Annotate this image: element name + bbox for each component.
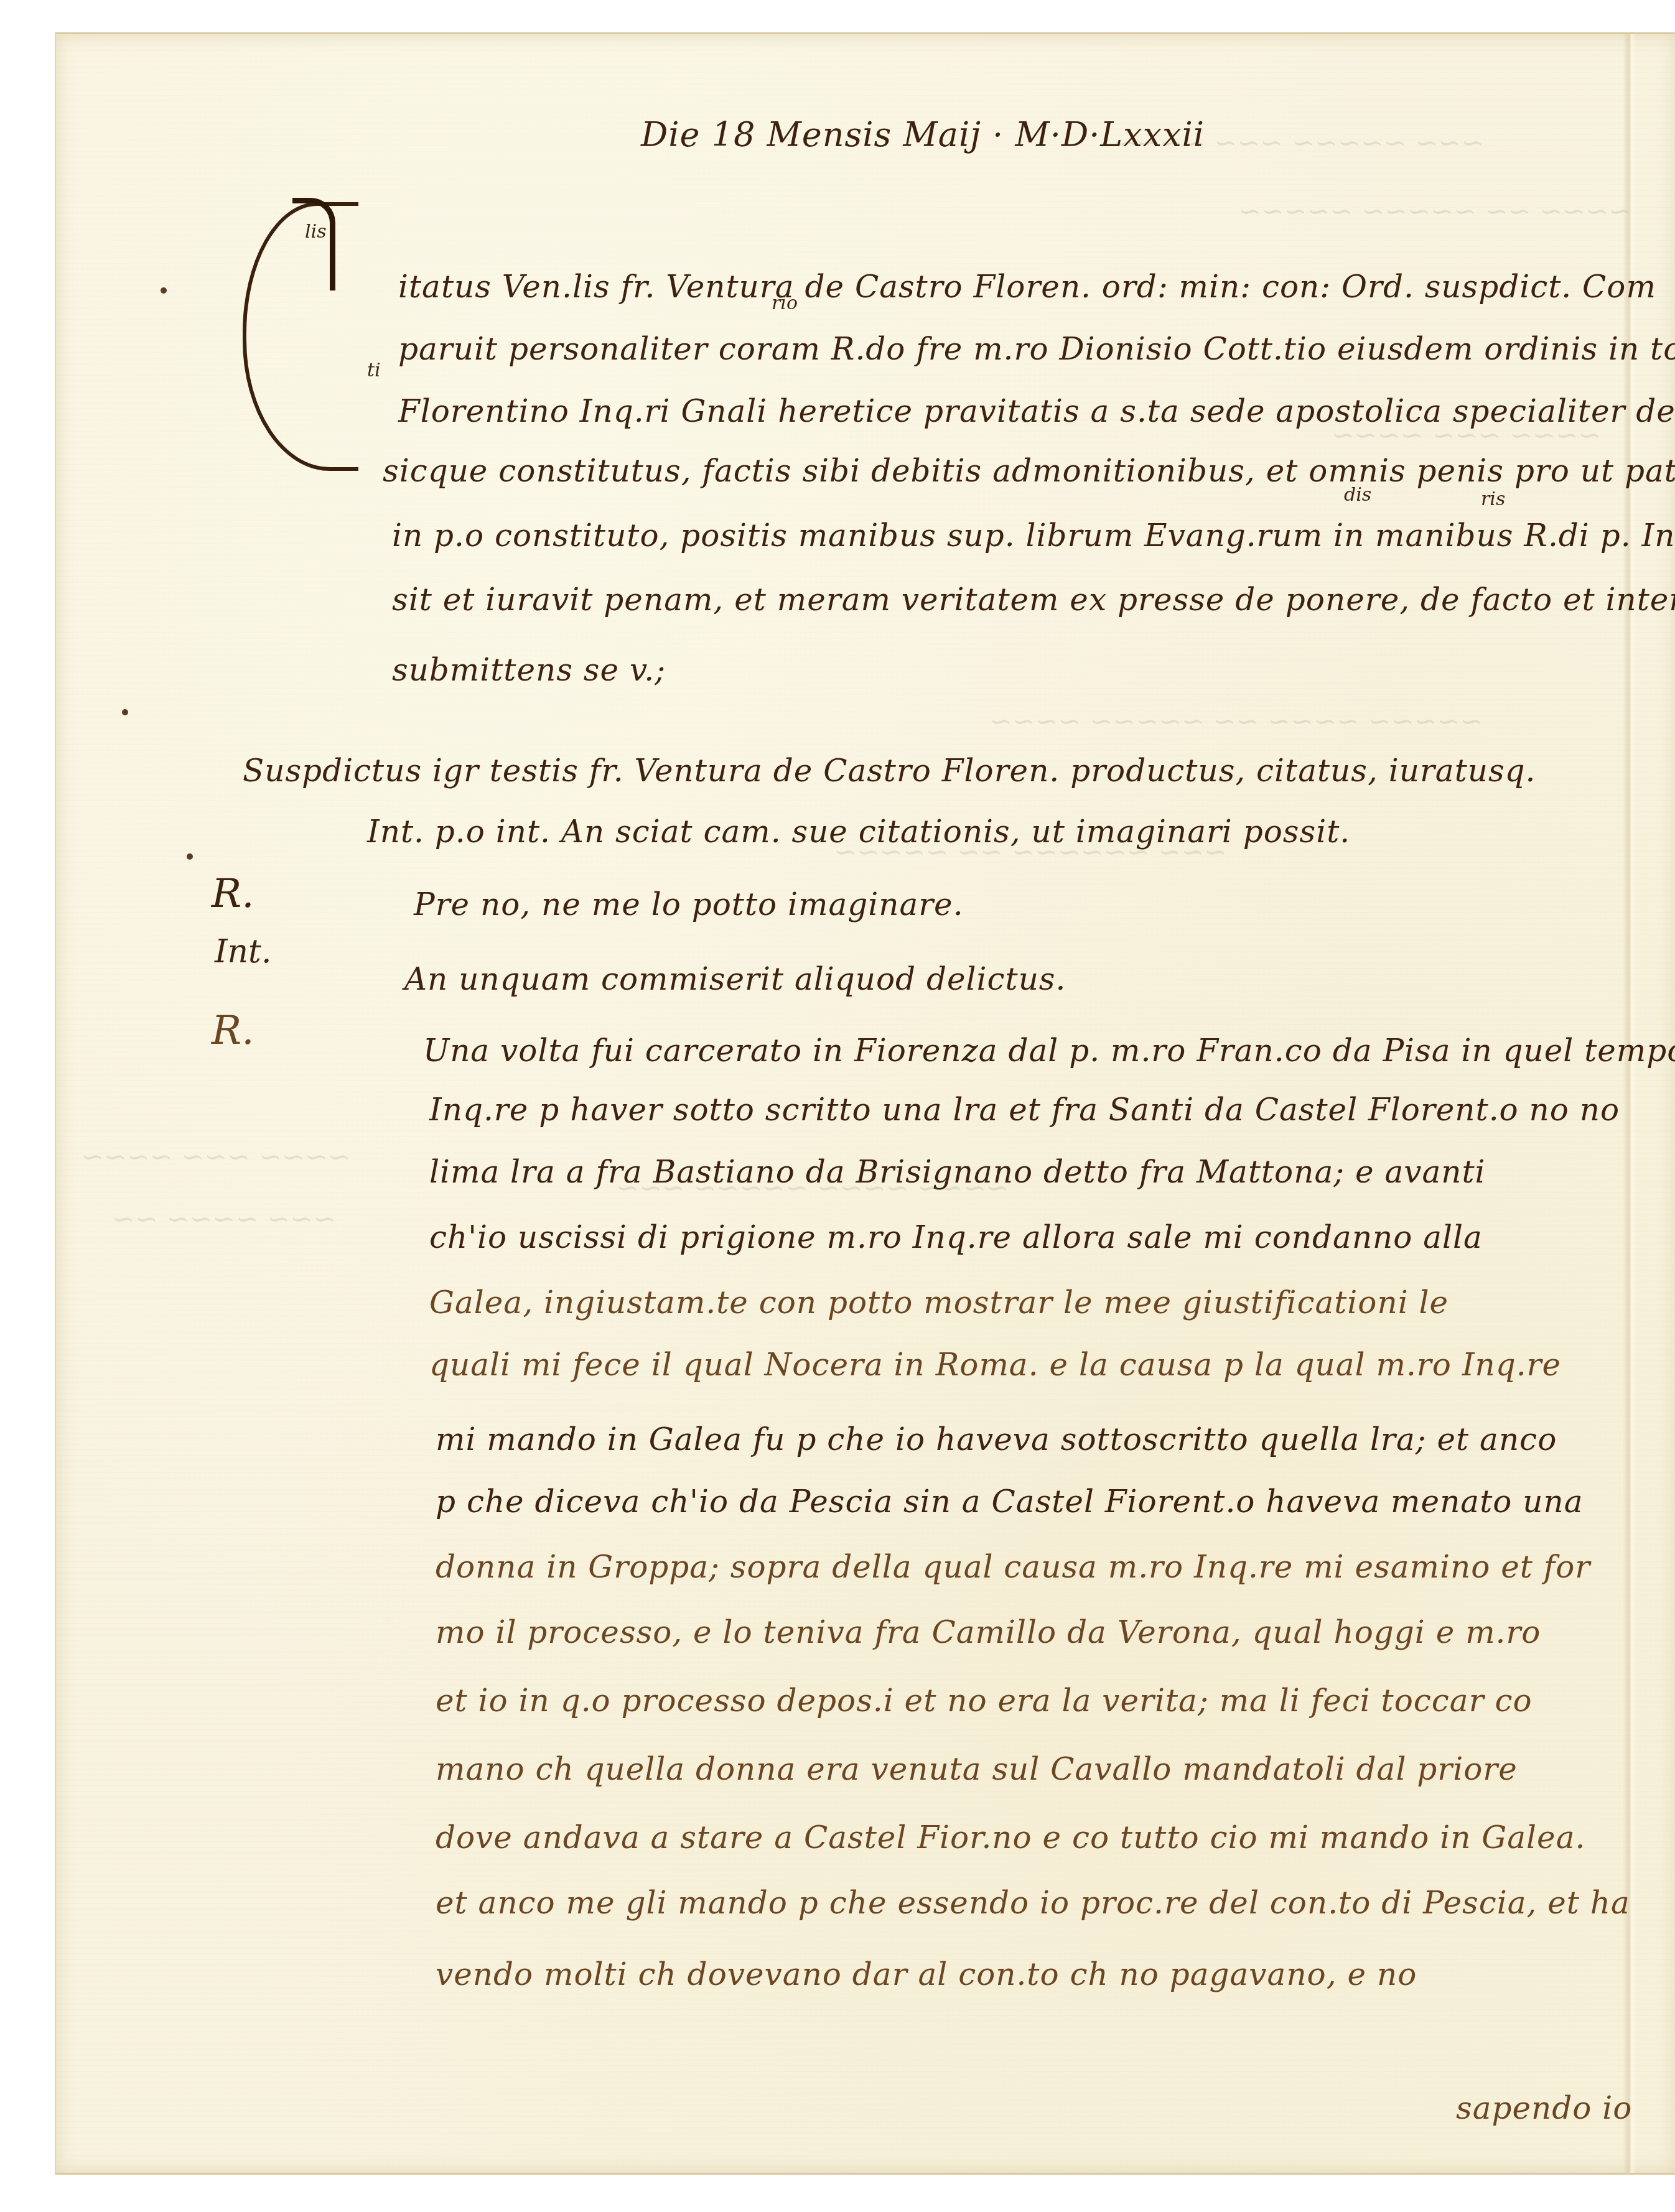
response-line: p che diceva ch'io da Pescia sin a Caste… [436,1484,1583,1520]
response-line: mi mando in Galea fu p che io haveva sot… [436,1421,1557,1457]
document-date-heading: Die 18 Mensis Maij · M·D·Lxxxii [641,115,1205,154]
bleed-through-text: ~~~~ ~~~ ~~~~ [81,1141,351,1173]
response-line: mano ch quella donna era venuta sul Cava… [436,1751,1518,1787]
superscript-abbrev: rio [772,292,798,314]
catchword: sapendo io [1456,2090,1632,2126]
paragraph-line: paruit personaliter coram R.do fre m.ro … [398,331,1675,367]
superscript-abbrev: ris [1481,488,1505,510]
response-line: ch'io uscissi di prigione m.ro Inq.re al… [429,1219,1483,1255]
response-line: mo il processo, e lo teniva fra Camillo … [436,1614,1541,1650]
response-line: Galea, ingiustam.te con potto mostrar le… [429,1285,1449,1321]
response-line: lima lra a fra Bastiano da Brisignano de… [429,1154,1486,1190]
superscript-abbrev: ti [367,360,381,381]
testimony-intro-line: Suspdictus igr testis fr. Ventura de Cas… [243,753,1536,789]
response-line: dove andava a stare a Castel Fior.no e c… [436,1819,1585,1856]
superscript-abbrev: lis [305,221,327,243]
response-line: et anco me gli mando p che essendo io pr… [436,1885,1630,1921]
bleed-through-text: ~~~ ~~~~ ~~ [112,1204,336,1235]
response-line: quali mi fece il qual Nocera in Roma. e … [429,1347,1561,1383]
response-line: Inq.re p haver sotto scritto una lra et … [429,1092,1620,1128]
response-line: Una volta fui carcerato in Fiorenza dal … [423,1033,1675,1069]
interrogation-line: An unquam commiserit aliquod delictus. [404,961,1066,997]
margin-dot [161,287,167,294]
response-line: donna in Groppa; sopra della qual causa … [436,1549,1590,1585]
bleed-through-text: ~~~~~ ~~~~ ~~ ~~~~~ ~~~~ [989,706,1483,738]
decorative-initial-hook [292,198,335,290]
paragraph-line: itatus Ven.lis fr. Ventura de Castro Flo… [398,269,1656,305]
bleed-through-text: ~~~~ ~~ ~~~~~ ~~~~~ [1238,196,1631,228]
interrogation-line: Int. p.o int. An sciat cam. sue citation… [367,814,1350,850]
margin-dot [122,709,128,715]
margin-marker-response: R. [212,1008,254,1054]
margin-dot [187,853,193,860]
paragraph-line: in p.o constituto, positis manibus sup. … [392,518,1675,554]
paragraph-line: submittens se v.; [392,652,666,688]
superscript-abbrev: dis [1344,484,1371,506]
paragraph-line: Florentino Inq.ri Gnali heretice pravita… [398,393,1675,429]
paragraph-line: sit et iuravit penam, et meram veritatem… [392,582,1675,618]
response-line: vendo molti ch dovevano dar al con.to ch… [436,1956,1417,1992]
margin-marker-interrogation: Int. [215,933,271,970]
paragraph-line: sicque constitutus, factis sibi debitis … [383,453,1675,489]
response-line: et io in q.o processo depos.i et no era … [436,1683,1533,1719]
response-line: Pre no, ne me lo potto imaginare. [414,886,964,922]
margin-marker-response: R. [212,871,254,917]
